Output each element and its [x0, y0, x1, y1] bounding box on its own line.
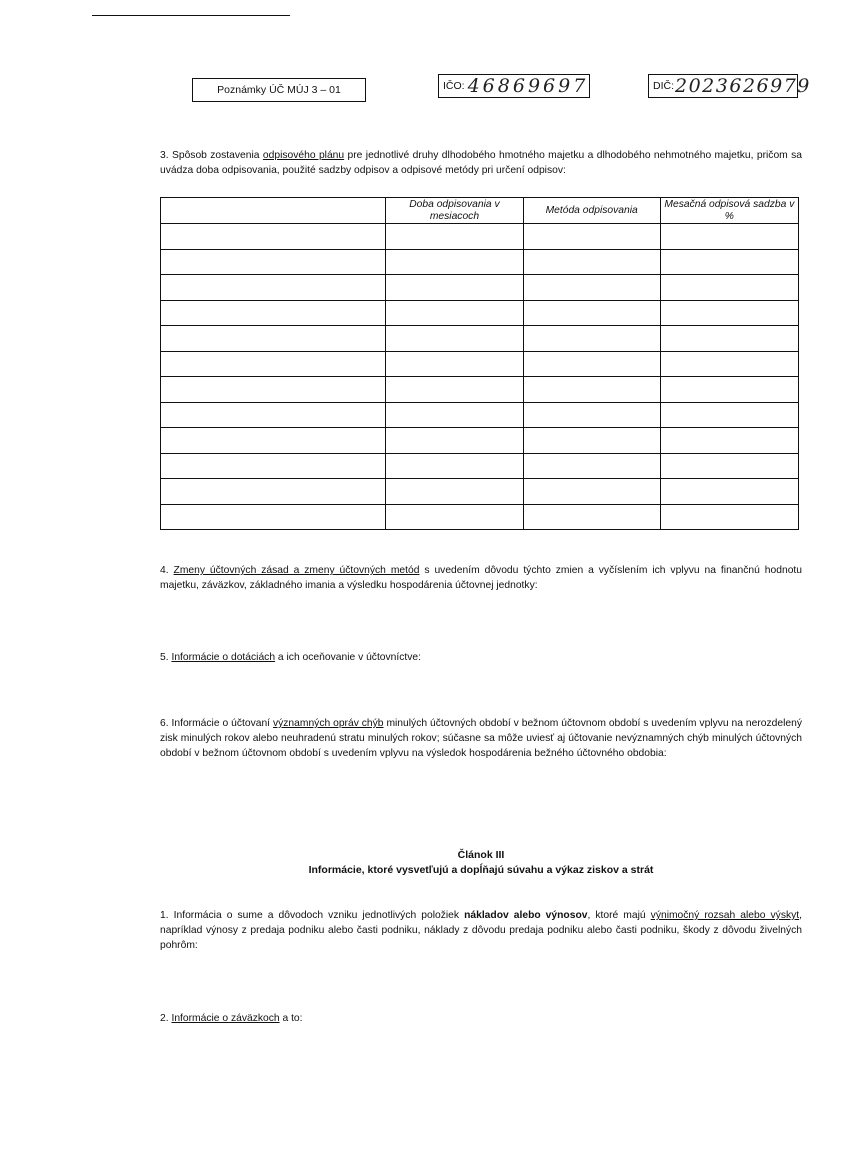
- table-cell[interactable]: [161, 377, 386, 403]
- table-cell[interactable]: [161, 402, 386, 428]
- depreciation-plan-table: Doba odpisovania v mesiacochMetóda odpis…: [160, 197, 799, 530]
- table-cell[interactable]: [161, 326, 386, 352]
- section-4-text: 4. Zmeny účtovných zásad a zmeny účtovný…: [160, 563, 802, 593]
- table-cell[interactable]: [523, 377, 660, 403]
- table-header-row: Doba odpisovania v mesiacochMetóda odpis…: [161, 198, 799, 224]
- table-cell[interactable]: [523, 351, 660, 377]
- table-cell[interactable]: [523, 402, 660, 428]
- table-row: [161, 300, 799, 326]
- table-cell[interactable]: [161, 224, 386, 250]
- table-cell[interactable]: [660, 249, 798, 275]
- ico-box: IČO: 46869697: [438, 74, 590, 98]
- column-header: [161, 198, 386, 224]
- table-row: [161, 275, 799, 301]
- table-cell[interactable]: [660, 300, 798, 326]
- section-6-text: 6. Informácie o účtovaní významných oprá…: [160, 716, 802, 761]
- table-row: [161, 377, 799, 403]
- notes-form-label: Poznámky ÚČ MÚJ 3 – 01: [217, 84, 341, 96]
- article-3-item-2-text: 2. Informácie o záväzkoch a to:: [160, 1011, 802, 1026]
- table-row: [161, 351, 799, 377]
- table-cell[interactable]: [161, 275, 386, 301]
- table-cell[interactable]: [523, 275, 660, 301]
- table-cell[interactable]: [523, 453, 660, 479]
- table-cell[interactable]: [161, 249, 386, 275]
- table-row: [161, 479, 799, 505]
- table-cell[interactable]: [523, 479, 660, 505]
- table-cell[interactable]: [660, 453, 798, 479]
- table-cell[interactable]: [386, 249, 523, 275]
- table-cell[interactable]: [660, 351, 798, 377]
- article-subtitle: Informácie, ktoré vysvetľujú a dopĺňajú …: [160, 863, 802, 878]
- table-cell[interactable]: [660, 224, 798, 250]
- table-cell[interactable]: [161, 504, 386, 530]
- table-cell[interactable]: [161, 479, 386, 505]
- table-cell[interactable]: [660, 479, 798, 505]
- article-title: Článok III: [160, 848, 802, 863]
- table-cell[interactable]: [386, 504, 523, 530]
- table-row: [161, 326, 799, 352]
- top-rule: [92, 15, 290, 16]
- table-cell[interactable]: [660, 402, 798, 428]
- table-cell[interactable]: [161, 351, 386, 377]
- ico-value: 46869697: [468, 77, 589, 96]
- table-cell[interactable]: [386, 402, 523, 428]
- table-row: [161, 402, 799, 428]
- notes-form-label-box: Poznámky ÚČ MÚJ 3 – 01: [192, 78, 366, 102]
- column-header: Metóda odpisovania: [523, 198, 660, 224]
- table-cell[interactable]: [386, 377, 523, 403]
- table-row: [161, 428, 799, 454]
- table-cell[interactable]: [386, 351, 523, 377]
- table-cell[interactable]: [386, 479, 523, 505]
- section-3-text: 3. Spôsob zostavenia odpisového plánu pr…: [160, 148, 802, 178]
- table-cell[interactable]: [523, 300, 660, 326]
- article-3-item-1-text: 1. Informácia o sume a dôvodoch vzniku j…: [160, 908, 802, 953]
- table-cell[interactable]: [386, 453, 523, 479]
- table-cell[interactable]: [660, 275, 798, 301]
- ico-label: IČO:: [443, 80, 465, 92]
- table-cell[interactable]: [660, 377, 798, 403]
- table-cell[interactable]: [161, 300, 386, 326]
- table-cell[interactable]: [161, 453, 386, 479]
- table-cell[interactable]: [523, 504, 660, 530]
- table-cell[interactable]: [386, 275, 523, 301]
- table-cell[interactable]: [386, 428, 523, 454]
- table-row: [161, 224, 799, 250]
- table-cell[interactable]: [660, 428, 798, 454]
- table-row: [161, 453, 799, 479]
- table-cell[interactable]: [523, 326, 660, 352]
- section-5-text: 5. Informácie o dotáciách a ich oceňovan…: [160, 650, 802, 665]
- table-cell[interactable]: [386, 326, 523, 352]
- table-cell[interactable]: [161, 428, 386, 454]
- column-header: Mesačná odpisová sadzba v %: [660, 198, 798, 224]
- table-cell[interactable]: [523, 428, 660, 454]
- table-cell[interactable]: [386, 224, 523, 250]
- dic-label: DIČ:: [653, 80, 674, 92]
- dic-box: DIČ: 2023626979: [648, 74, 798, 98]
- table-cell[interactable]: [523, 224, 660, 250]
- column-header: Doba odpisovania v mesiacoch: [386, 198, 523, 224]
- dic-value: 2023626979: [675, 77, 811, 96]
- table-row: [161, 249, 799, 275]
- table-cell[interactable]: [523, 249, 660, 275]
- table-cell[interactable]: [660, 326, 798, 352]
- table-cell[interactable]: [660, 504, 798, 530]
- table-row: [161, 504, 799, 530]
- table-cell[interactable]: [386, 300, 523, 326]
